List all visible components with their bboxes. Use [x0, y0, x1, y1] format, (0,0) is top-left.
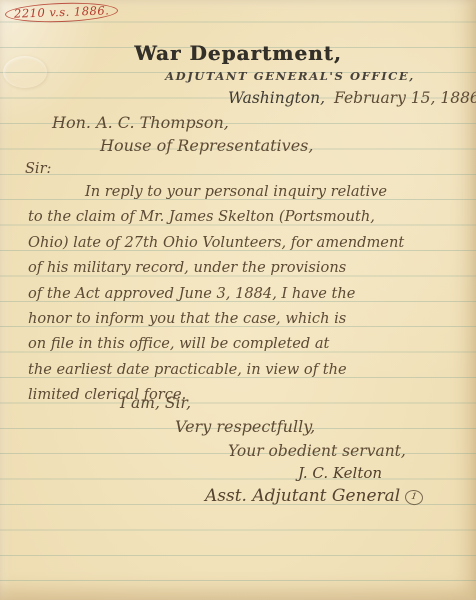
signature-title-text: Asst. Adjutant General	[205, 486, 400, 506]
body-line: the earliest date practicable, in view o…	[28, 357, 470, 382]
letterhead-office: ADJUTANT GENERAL'S OFFICE,	[105, 69, 475, 83]
body-line: of the Act approved June 3, 1884, I have…	[28, 281, 470, 306]
letterhead-department: War Department,	[0, 41, 476, 65]
body-line: of his military record, under the provis…	[28, 255, 470, 280]
dateline: Washington, February 15, 1886,	[228, 89, 476, 107]
recipient-name: Hon. A. C. Thompson,	[52, 113, 229, 132]
closing-i-am-sir: I am, Sir,	[120, 394, 191, 412]
salutation: Sir:	[25, 161, 51, 177]
closing-obedient-servant: Your obedient servant,	[228, 442, 406, 460]
letter-scan: 2210 v.s. 1886. War Department, ADJUTANT…	[0, 0, 476, 600]
signature-circled-mark: 1	[404, 489, 424, 506]
dateline-date: February 15, 1886,	[334, 89, 476, 107]
body-line: Ohio) late of 27th Ohio Volunteers, for …	[28, 230, 470, 255]
dateline-place: Washington,	[228, 89, 325, 107]
signature-name: J. C. Kelton	[298, 464, 382, 482]
recipient-org: House of Representatives,	[100, 136, 313, 155]
letter-body: In reply to your personal inquiry relati…	[28, 179, 470, 408]
file-number-annotation: 2210 v.s. 1886.	[5, 1, 119, 24]
body-line: In reply to your personal inquiry relati…	[28, 179, 470, 204]
body-line: on file in this office, will be complete…	[28, 331, 470, 356]
body-line: honor to inform you that the case, which…	[28, 306, 470, 331]
closing-very-respectfully: Very respectfully,	[175, 417, 315, 436]
body-line: to the claim of Mr. James Skelton (Ports…	[28, 204, 470, 229]
body-line: limited clerical force.	[28, 382, 470, 407]
signature-title: Asst. Adjutant General1	[205, 486, 423, 506]
